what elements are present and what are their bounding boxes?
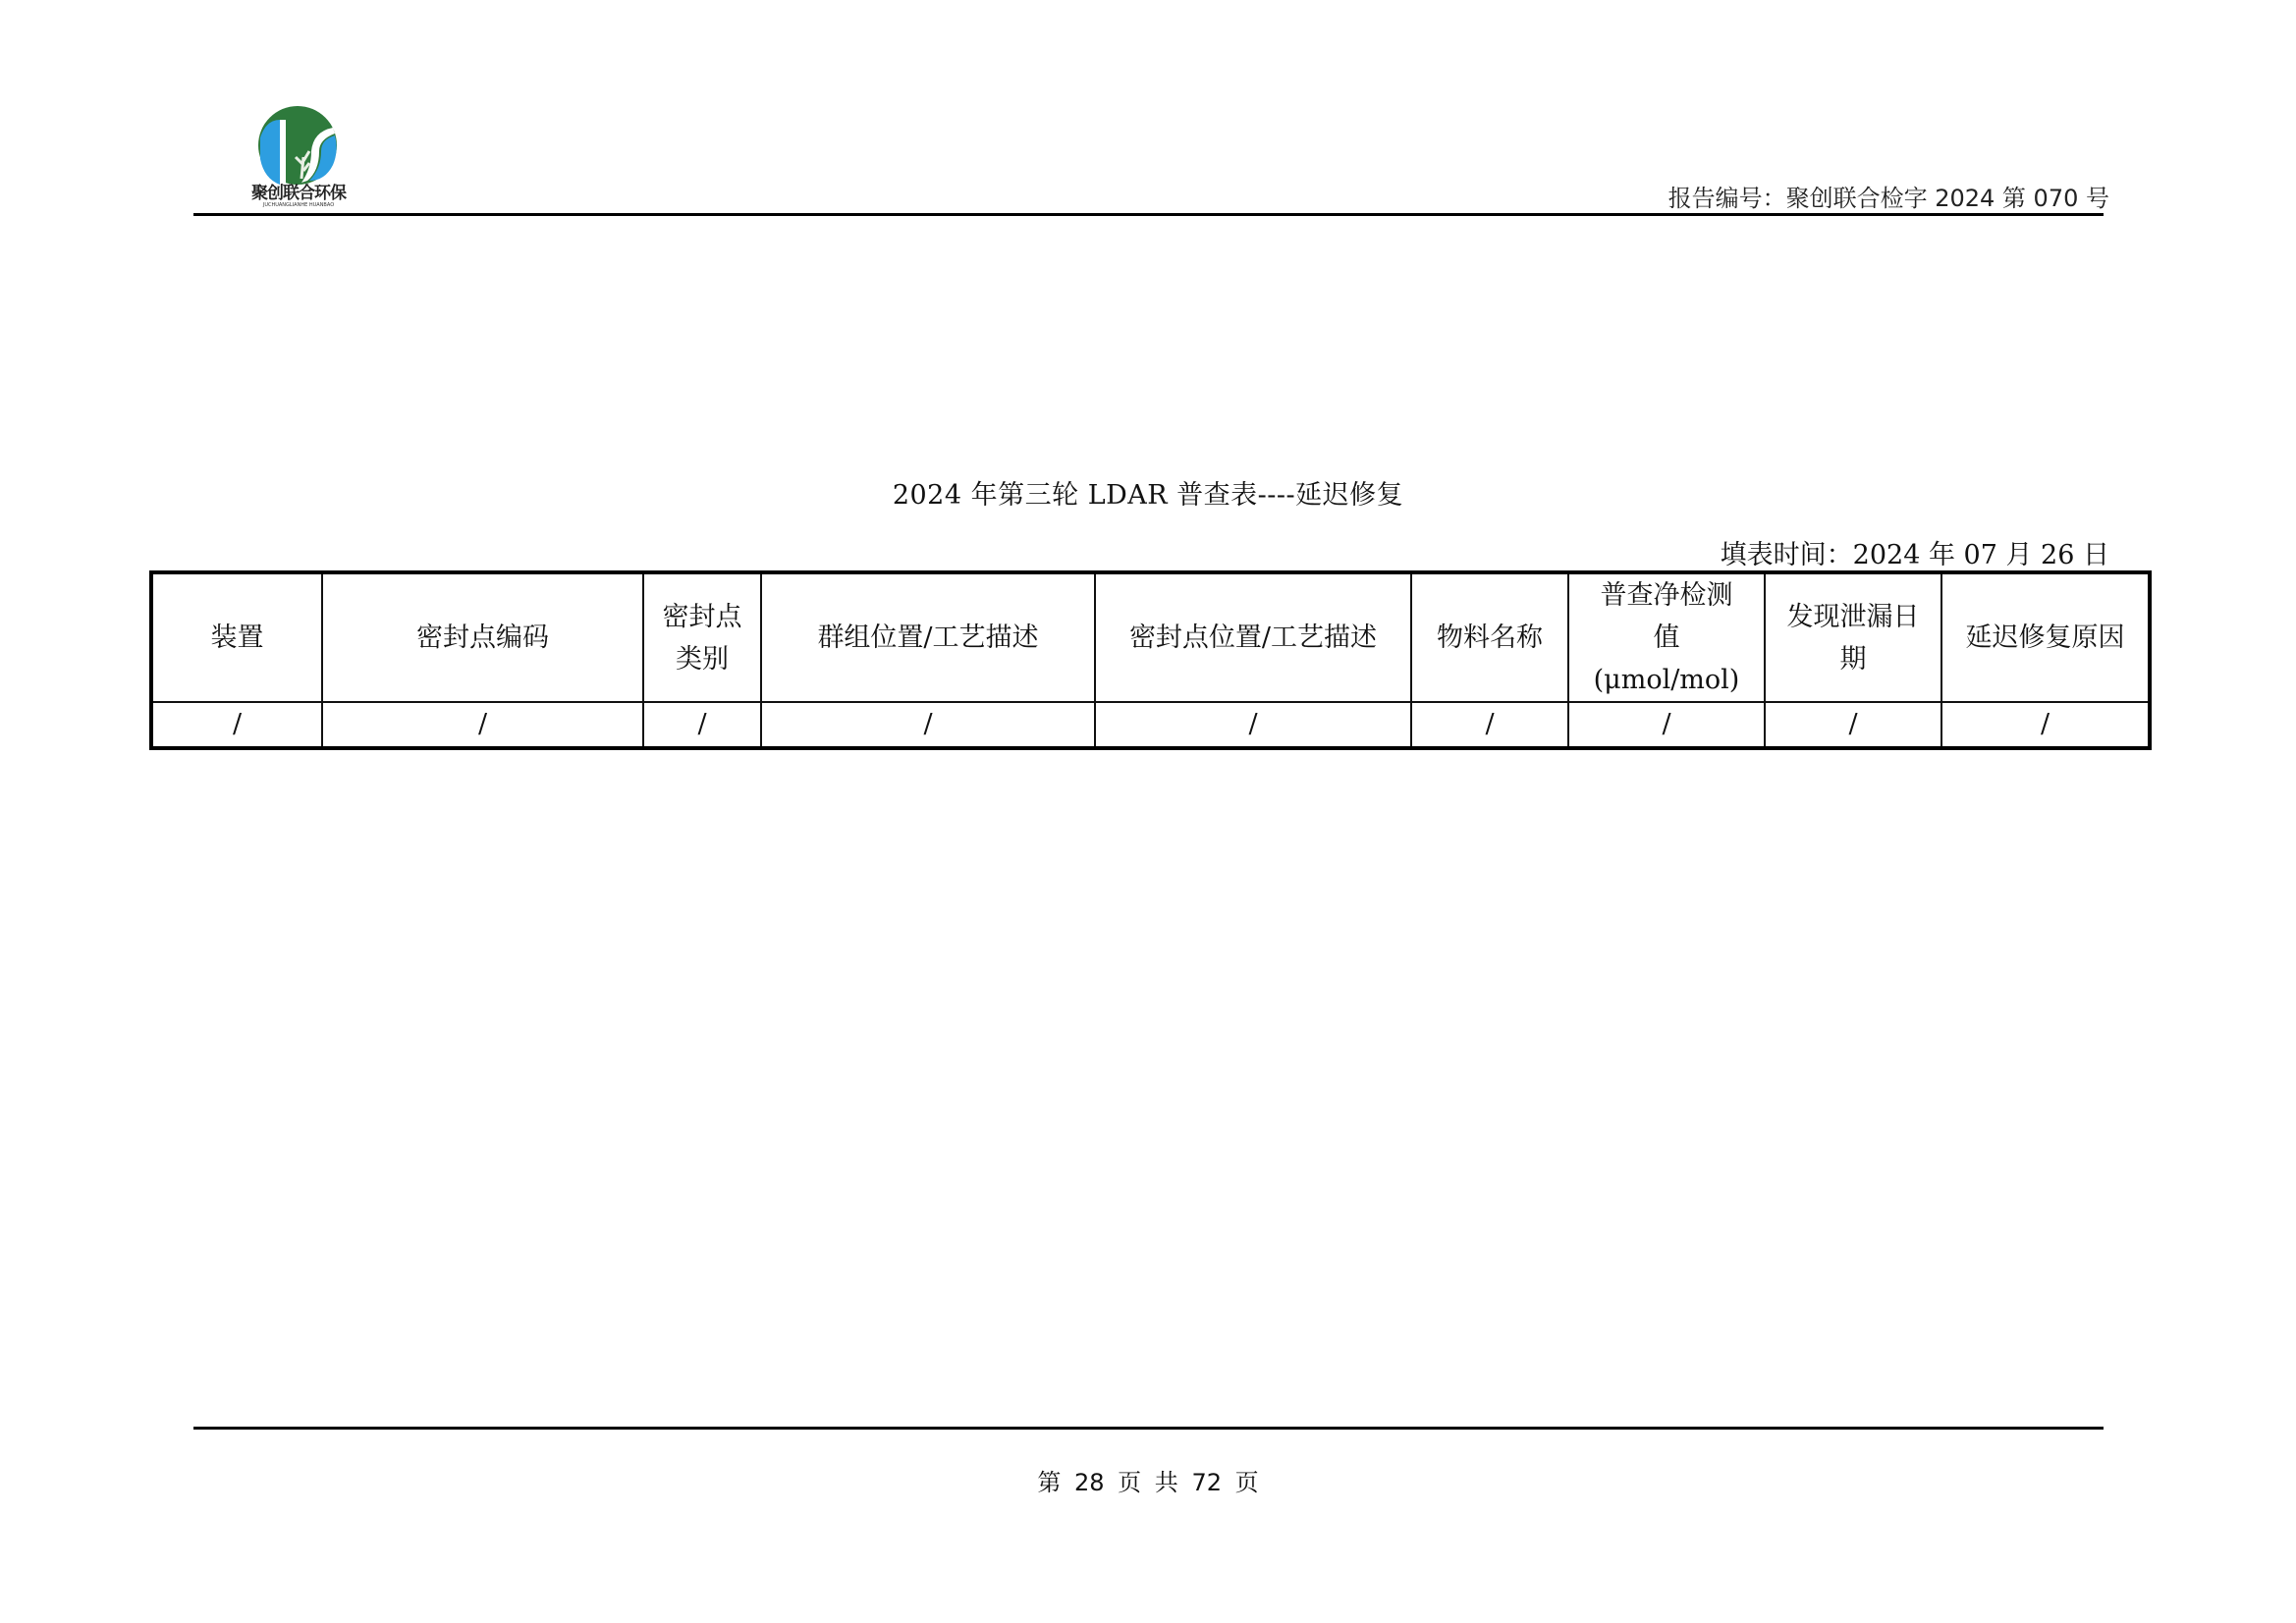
column-header-line: 延迟修复原因	[1942, 617, 2148, 659]
column-header: 密封点编码	[322, 572, 643, 702]
column-header: 物料名称	[1411, 572, 1568, 702]
column-header: 密封点类别	[643, 572, 761, 702]
column-header: 群组位置/工艺描述	[761, 572, 1095, 702]
table-cell: /	[643, 702, 761, 748]
company-logo-subcaption: JUCHUANGLIANHE HUANBAO	[247, 202, 350, 208]
column-header-line: 类别	[644, 638, 760, 680]
table-cell: /	[1568, 702, 1765, 748]
fill-date: 填表时间：2024 年 07 月 26 日	[1721, 533, 2109, 571]
column-header: 普查净检测值(μmol/mol)	[1568, 572, 1765, 702]
company-logo-icon	[250, 100, 345, 194]
column-header: 装置	[151, 572, 322, 702]
column-header-line: (μmol/mol)	[1569, 659, 1764, 701]
column-header-line: 发现泄漏日	[1766, 596, 1941, 638]
column-header-line: 期	[1766, 638, 1941, 680]
table-cell: /	[1095, 702, 1411, 748]
column-header: 密封点位置/工艺描述	[1095, 572, 1411, 702]
table-cell: /	[1411, 702, 1568, 748]
table-header-row: 装置密封点编码密封点类别群组位置/工艺描述密封点位置/工艺描述物料名称普查净检测…	[151, 572, 2150, 702]
column-header-line: 装置	[153, 617, 321, 659]
company-logo-caption: 聚创联合环保	[240, 184, 357, 203]
table-cell: /	[322, 702, 643, 748]
column-header: 延迟修复原因	[1941, 572, 2150, 702]
table-cell: /	[1765, 702, 1941, 748]
report-number: 报告编号：聚创联合检字 2024 第 070 号	[1668, 179, 2109, 213]
page-mid: 页 共	[1118, 1469, 1178, 1496]
table-cell: /	[151, 702, 322, 748]
page-prefix: 第	[1037, 1469, 1061, 1496]
header-divider	[193, 213, 2104, 216]
page-suffix: 页	[1235, 1469, 1259, 1496]
table-cell: /	[1941, 702, 2150, 748]
column-header-line: 密封点位置/工艺描述	[1096, 617, 1410, 659]
footer-divider	[193, 1427, 2104, 1430]
table-cell: /	[761, 702, 1095, 748]
page-number: 第 28 页 共 72 页	[0, 1463, 2296, 1497]
column-header-line: 密封点	[644, 596, 760, 638]
total-pages: 72	[1191, 1469, 1222, 1496]
current-page: 28	[1074, 1469, 1105, 1496]
column-header-line: 值	[1569, 617, 1764, 659]
document-title: 2024 年第三轮 LDAR 普查表----延迟修复	[0, 473, 2296, 512]
column-header: 发现泄漏日期	[1765, 572, 1941, 702]
column-header-line: 物料名称	[1412, 617, 1567, 659]
ldar-delayed-repair-table: 装置密封点编码密封点类别群组位置/工艺描述密封点位置/工艺描述物料名称普查净检测…	[149, 570, 2152, 750]
column-header-line: 密封点编码	[323, 617, 642, 659]
table-row: /////////	[151, 702, 2150, 748]
column-header-line: 普查净检测	[1569, 574, 1764, 617]
column-header-line: 群组位置/工艺描述	[762, 617, 1094, 659]
